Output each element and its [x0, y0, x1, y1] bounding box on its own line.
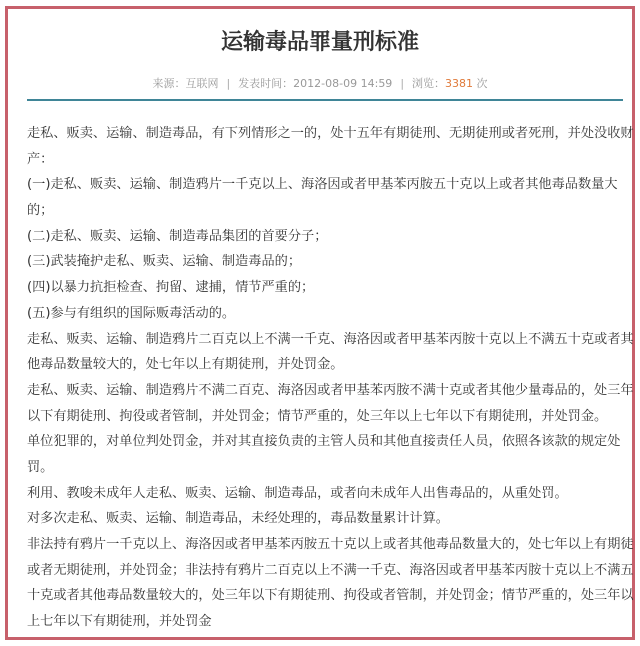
title-divider — [27, 99, 623, 101]
article-title: 运输毒品罪量刑标准 — [8, 25, 632, 56]
body-line: 利用、教唆未成年人走私、贩卖、运输、制造毒品，或者向未成年人出售毒品的，从重处罚… — [27, 481, 627, 507]
source-label: 来源：互联网 — [152, 77, 218, 90]
body-line: (三)武装掩护走私、贩卖、运输、制造毒品的； — [27, 249, 627, 275]
body-line: 以下有期徒刑、拘役或者管制，并处罚金；情节严重的，处三年以上七年以下有期徒刑，并… — [27, 404, 627, 430]
body-line: 他毒品数量较大的，处七年以上有期徒刑，并处罚金。 — [27, 352, 627, 378]
body-line: 上七年以下有期徒刑，并处罚金 — [27, 609, 627, 635]
meta-separator: | — [400, 77, 404, 90]
body-line: (五)参与有组织的国际贩毒活动的。 — [27, 301, 627, 327]
body-line: (二)走私、贩卖、运输、制造毒品集团的首要分子； — [27, 224, 627, 250]
body-line: 的； — [27, 198, 627, 224]
body-line: (四)以暴力抗拒检查、拘留、逮捕，情节严重的； — [27, 275, 627, 301]
body-line: 单位犯罪的，对单位判处罚金，并对其直接负责的主管人员和其他直接责任人员，依照各该… — [27, 429, 627, 455]
body-line: 走私、贩卖、运输、制造鸦片不满二百克、海洛因或者甲基苯丙胺不满十克或者其他少量毒… — [27, 378, 627, 404]
body-line: 罚。 — [27, 455, 627, 481]
body-line: 非法持有鸦片一千克以上、海洛因或者甲基苯丙胺五十克以上或者其他毒品数量大的，处七… — [27, 532, 627, 558]
article-frame: 运输毒品罪量刑标准 来源：互联网|发表时间：2012-08-09 14:59|浏… — [5, 6, 635, 640]
body-line: 走私、贩卖、运输、制造鸦片二百克以上不满一千克、海洛因或者甲基苯丙胺十克以上不满… — [27, 327, 627, 353]
views-suffix: 次 — [473, 77, 488, 90]
meta-separator: | — [226, 77, 230, 90]
publish-time: 发表时间：2012-08-09 14:59 — [238, 77, 392, 90]
article-body: 走私、贩卖、运输、制造毒品，有下列情形之一的，处十五年有期徒刑、无期徒刑或者死刑… — [27, 121, 627, 635]
body-line: (一)走私、贩卖、运输、制造鸦片一千克以上、海洛因或者甲基苯丙胺五十克以上或者其… — [27, 172, 627, 198]
view-count: 3381 — [445, 77, 473, 90]
body-line: 对多次走私、贩卖、运输、制造毒品，未经处理的，毒品数量累计计算。 — [27, 506, 627, 532]
views-prefix: 浏览： — [412, 77, 445, 90]
article-meta: 来源：互联网|发表时间：2012-08-09 14:59|浏览：3381 次 — [8, 75, 632, 91]
body-line: 产： — [27, 147, 627, 173]
body-line: 走私、贩卖、运输、制造毒品，有下列情形之一的，处十五年有期徒刑、无期徒刑或者死刑… — [27, 121, 627, 147]
body-line: 十克或者其他毒品数量较大的，处三年以下有期徒刑、拘役或者管制，并处罚金；情节严重… — [27, 583, 627, 609]
body-line: 或者无期徒刑，并处罚金；非法持有鸦片二百克以上不满一千克、海洛因或者甲基苯丙胺十… — [27, 558, 627, 584]
